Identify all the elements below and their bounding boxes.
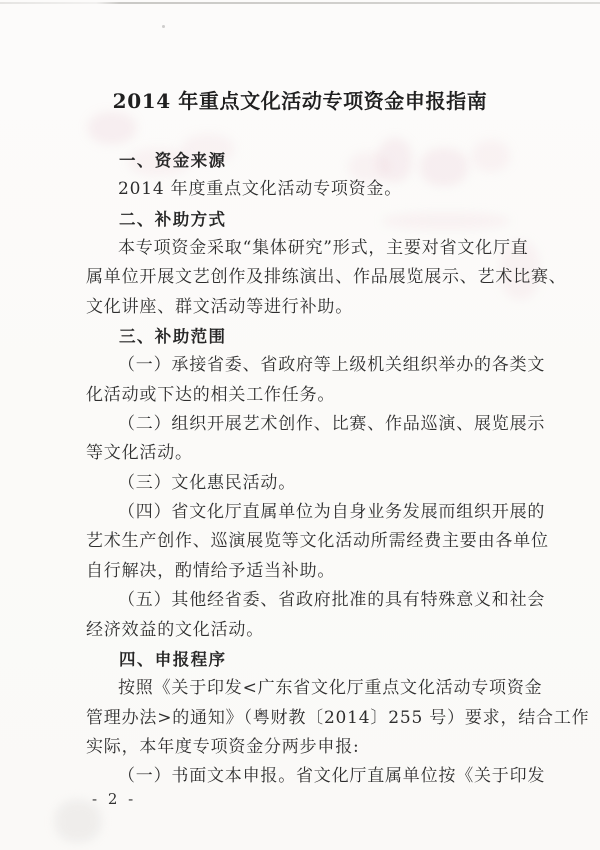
document-title: 2014 年重点文化活动专项资金申报指南	[0, 85, 600, 114]
text-line: 本专项资金采取“集体研究”形式，主要对省文化厅直	[86, 234, 522, 263]
section-heading-application-procedure: 四、申报程序	[86, 645, 522, 674]
text-line: 2014 年度重点文化活动专项资金。	[86, 175, 522, 204]
section-heading-subsidy-scope: 三、补助范围	[86, 322, 522, 351]
text-line: （三）文化惠民活动。	[86, 469, 522, 498]
section-heading-subsidy-method: 二、补助方式	[86, 205, 522, 234]
scanned-document-page: 2014 年重点文化活动专项资金申报指南 一、资金来源 2014 年度重点文化活…	[0, 0, 600, 850]
text-line: （五）其他经省委、省政府批准的具有特殊意义和社会	[86, 586, 522, 615]
text-line: 等文化活动。	[86, 439, 522, 468]
text-line: 管理办法>的通知》（粤财教〔2014〕255 号）要求，结合工作	[86, 704, 522, 733]
document-body: 一、资金来源 2014 年度重点文化活动专项资金。 二、补助方式 本专项资金采取…	[86, 146, 522, 792]
text-line: 文化讲座、群文活动等进行补助。	[86, 293, 522, 322]
text-line: 艺术生产创作、巡演展览等文化活动所需经费主要由各单位	[86, 527, 522, 556]
section-heading-funding-source: 一、资金来源	[86, 146, 522, 175]
scan-edge-artifact	[0, 2, 600, 4]
text-line: 自行解决，酌情给予适当补助。	[86, 557, 522, 586]
text-line: 实际，本年度专项资金分两步申报:	[86, 733, 522, 762]
text-line: （一）承接省委、省政府等上级机关组织举办的各类文	[86, 351, 522, 380]
text-line: （四）省文化厅直属单位为自身业务发展而组织开展的	[86, 498, 522, 527]
text-line: 化活动或下达的相关工作任务。	[86, 381, 522, 410]
text-line: 按照《关于印发<广东省文化厅重点文化活动专项资金	[86, 674, 522, 703]
text-line: （一）书面文本申报。省文化厅直属单位按《关于印发	[86, 762, 522, 791]
page-number: - 2 -	[92, 790, 136, 808]
text-line: 属单位开展文艺创作及排练演出、作品展览展示、艺术比赛、	[86, 263, 522, 292]
text-line: 经济效益的文化活动。	[86, 616, 522, 645]
text-line: （二）组织开展艺术创作、比赛、作品巡演、展览展示	[86, 410, 522, 439]
ink-bleed-ghost	[88, 112, 136, 144]
scan-speck	[162, 25, 165, 28]
